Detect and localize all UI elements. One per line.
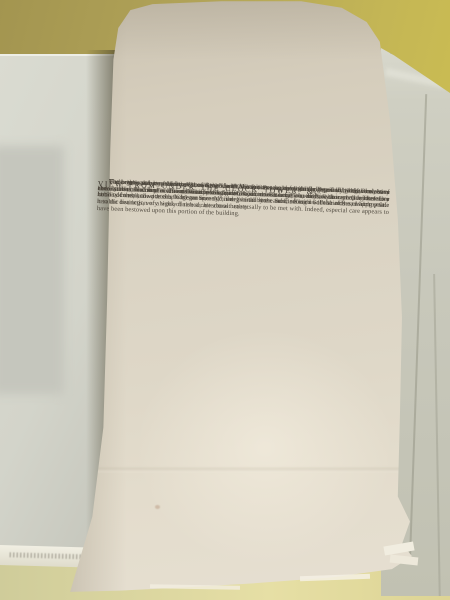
page-stain [155, 505, 160, 509]
tissue-crease [409, 94, 427, 564]
page-highlight [135, 328, 395, 566]
page-crease [87, 468, 405, 472]
tissue-crease [433, 274, 441, 600]
tissue-crease-highlight [385, 68, 445, 88]
main-page [66, 0, 412, 596]
tissue-crease [390, 52, 446, 71]
left-page-ghost-image [0, 146, 64, 394]
book-page-photo: VIEW FROM UNDER THE CLOCK TOWER, &c. The… [0, 0, 450, 600]
page-shading-top [66, 0, 412, 60]
edge-stamp [10, 552, 82, 559]
